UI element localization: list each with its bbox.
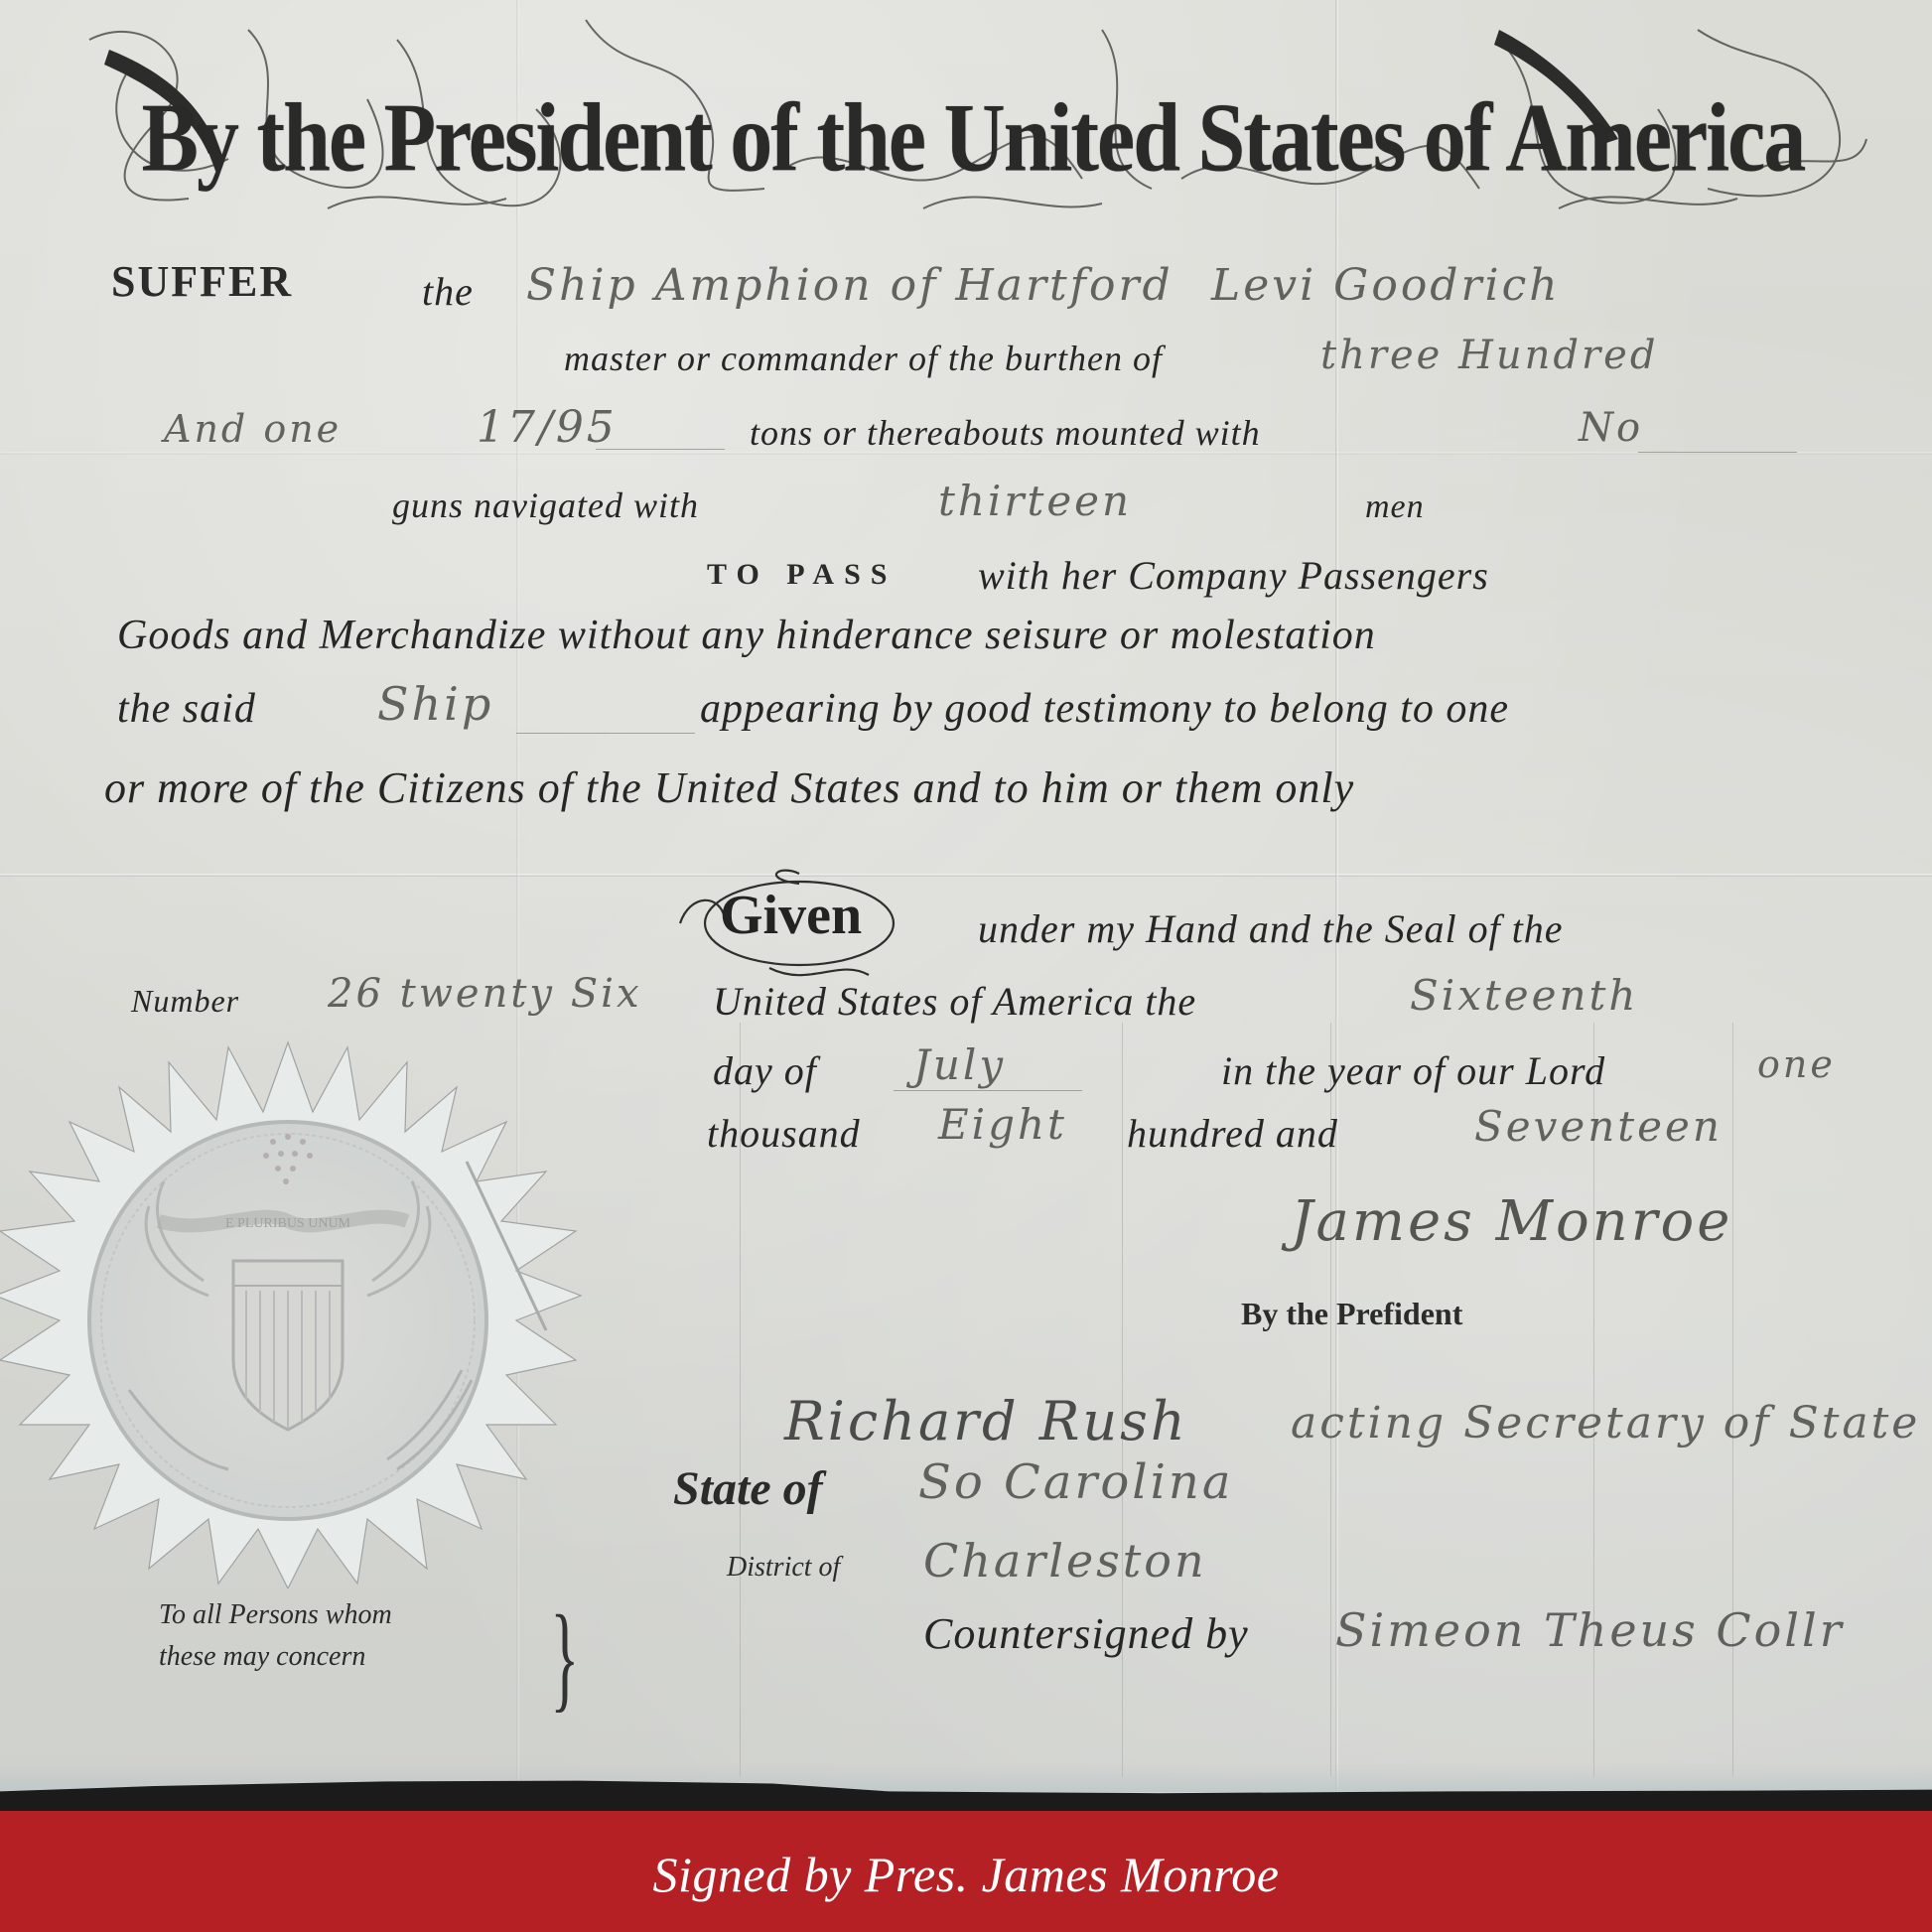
caption-text: Signed by Pres. James Monroe (653, 1846, 1280, 1903)
handwritten-year-seventeen: Seventeen (1474, 1102, 1723, 1151)
document-paper: By the President of the United States of… (0, 0, 1932, 1807)
fill-line (596, 449, 725, 450)
printed-given-line1: under my Hand and the Seal of the (978, 905, 1564, 952)
handwritten-crew: thirteen (938, 477, 1132, 525)
printed-tons-line: tons or thereabouts mounted with (750, 412, 1261, 454)
printed-guns-line: guns navigated with (392, 484, 699, 526)
seal-motto: E PLURIBUS UNUM (225, 1216, 351, 1231)
printed-year-of-our-lord: in the year of our Lord (1221, 1047, 1605, 1094)
printed-number-label: Number (131, 983, 239, 1020)
handwritten-tons-fraction: 17/95 (477, 402, 618, 453)
to-all-persons-line1: To all Persons whom (159, 1594, 392, 1636)
handwritten-guns: No (1579, 405, 1643, 451)
handwritten-district: Charleston (923, 1534, 1207, 1587)
printed-men: men (1365, 488, 1425, 526)
handwritten-vessel-name: Ship Amphion of Hartford (526, 260, 1173, 311)
handwritten-burthen: three Hundred (1320, 333, 1658, 378)
countersigner-signature: Simeon Theus Collr (1335, 1603, 1845, 1657)
to-all-persons-label: To all Persons whom these may concern (159, 1594, 392, 1678)
secretary-signature: Richard Rush (784, 1390, 1188, 1452)
given-heading: Given (720, 884, 862, 947)
suffer-heading: SUFFER (111, 256, 293, 307)
printed-appearing-line: appearing by good testimony to belong to… (700, 685, 1509, 733)
district-of-label: District of (727, 1552, 840, 1584)
printed-master-line: master or commander of the burthen of (564, 338, 1163, 379)
handwritten-vessel-type: Ship (377, 677, 493, 731)
printed-goods-line: Goods and Merchandize without any hinder… (117, 612, 1376, 659)
secretary-title: acting Secretary of State (1291, 1398, 1920, 1449)
handwritten-day: Sixteenth (1410, 971, 1638, 1020)
printed-the: the (422, 268, 474, 315)
printed-countersigned-by: Countersigned by (923, 1608, 1249, 1659)
by-the-president-label: By the Prefident (1241, 1296, 1462, 1332)
printed-citizens-line: or more of the Citizens of the United St… (104, 762, 1354, 813)
document-header: By the President of the United States of… (69, 10, 1876, 228)
handwritten-state: So Carolina (918, 1454, 1233, 1510)
printed-given-line2: United States of America the (713, 978, 1196, 1025)
fill-line (516, 733, 695, 734)
printed-thousand: thousand (707, 1110, 861, 1157)
handwritten-month: July (913, 1040, 1006, 1089)
printed-hundred-and: hundred and (1127, 1110, 1338, 1157)
given-ornament: Given (650, 864, 968, 983)
handwritten-year-one: one (1757, 1042, 1836, 1086)
president-signature: James Monroe (1291, 1189, 1732, 1254)
to-pass-heading: TO PASS (707, 558, 897, 592)
to-all-persons-line2: these may concern (159, 1636, 392, 1678)
handwritten-master-name: Levi Goodrich (1211, 260, 1561, 311)
document-title: By the President of the United States of… (69, 80, 1876, 195)
fill-line (1638, 452, 1797, 453)
state-of-label: State of (673, 1461, 823, 1516)
printed-company-line: with her Company Passengers (978, 552, 1489, 599)
printed-day-of: day of (713, 1047, 817, 1094)
brace-icon: } (550, 1588, 579, 1725)
printed-said-prefix: the said (117, 685, 256, 733)
caption-banner: Signed by Pres. James Monroe (0, 1811, 1932, 1932)
handwritten-year-eight: Eight (938, 1100, 1067, 1149)
great-seal-icon: E PLURIBUS UNUM (0, 1033, 586, 1588)
fill-line (894, 1090, 1082, 1091)
handwritten-number-value: 26 twenty Six (328, 971, 642, 1017)
handwritten-burthen-continued: And one (164, 407, 342, 451)
